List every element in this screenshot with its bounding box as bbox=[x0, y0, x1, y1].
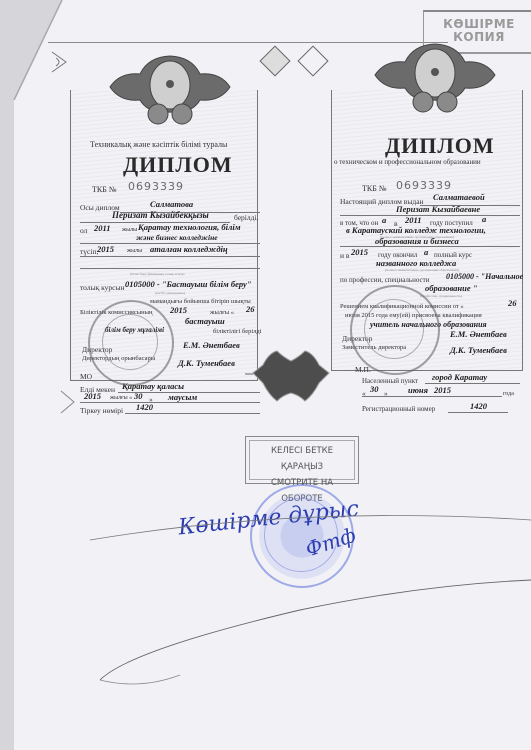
scanned-page: КӨШІРМЕ КОПИЯ Техникалық және кәсіптік б… bbox=[0, 0, 531, 750]
scan-artifact-lines bbox=[0, 0, 531, 750]
